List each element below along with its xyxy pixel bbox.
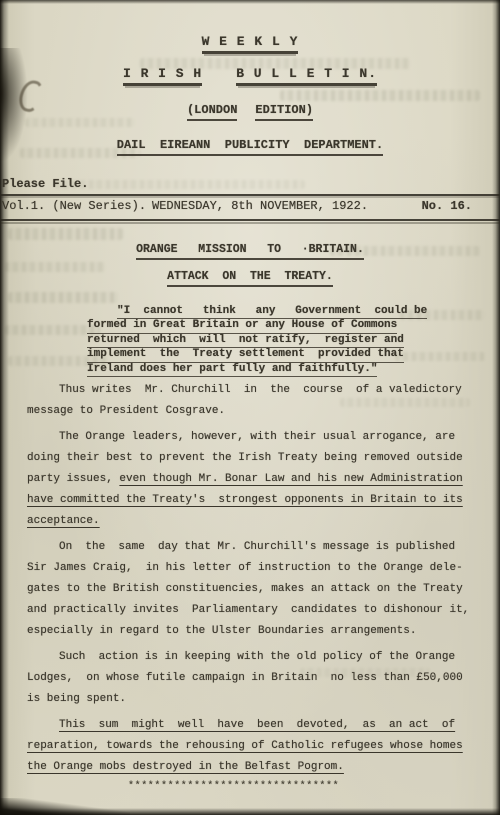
date-label: WEDNESDAY, 8th NOVEMBER, 1922.: [152, 199, 368, 213]
underlined-text: even though Mr. Bonar Law and his new Ad…: [119, 473, 462, 485]
edition-left-text: (LONDON: [187, 103, 237, 121]
bleedthrough-mark: [8, 292, 118, 303]
underlined-text: This sum might well have been devoted, a…: [59, 719, 455, 731]
paragraph: Thus writes Mr. Churchill in the course …: [27, 380, 475, 422]
body-line: The Orange leaders, however, with their …: [27, 427, 475, 448]
body-line: the Orange mobs destroyed in the Belfast…: [27, 757, 475, 778]
plain-text: especially in regard to the Ulster Bound…: [27, 625, 416, 637]
plain-text: is being spent.: [27, 693, 126, 705]
body-line: acceptance.: [27, 511, 475, 532]
body-line: gates to the British constituencies, mak…: [27, 579, 475, 600]
plain-text: gates to the British constituencies, mak…: [27, 583, 463, 595]
page-edge-top: [0, 0, 500, 4]
article-body: Thus writes Mr. Churchill in the course …: [27, 380, 475, 783]
masthead-bulletin-text: B U L L E T I N.: [236, 66, 377, 86]
headline-primary-text: ORANGE MISSION TO ·BRITAIN.: [136, 243, 364, 260]
department-text: DAIL EIREANN PUBLICITY DEPARTMENT.: [117, 138, 383, 156]
bleedthrough-mark: [5, 325, 100, 335]
bleedthrough-mark: [8, 228, 123, 240]
masthead-weekly-text: W E E K L Y: [202, 34, 299, 54]
body-line: Lodges, on whose futile campaign in Brit…: [27, 668, 475, 689]
body-line: Sir James Craig, in his letter of instru…: [27, 558, 475, 579]
body-line: and practically invites Parliamentary ca…: [27, 600, 475, 621]
quote-line: Ireland does her part fully and faithful…: [87, 363, 377, 377]
masthead-irish-text: I R I S H: [123, 66, 202, 86]
plain-text: party issues,: [27, 473, 119, 485]
headline-secondary-text: ATTACK ON THE TREATY.: [167, 270, 333, 287]
plain-text: Thus writes Mr. Churchill in the course …: [59, 384, 462, 396]
plain-text: and practically invites Parliamentary ca…: [27, 604, 469, 616]
masthead-weekly: W E E K L Y: [0, 34, 500, 49]
plain-text: The Orange leaders, however, with their …: [59, 431, 455, 443]
plain-text: Such action is in keeping with the old p…: [59, 651, 455, 663]
body-line: party issues, even though Mr. Bonar Law …: [27, 469, 475, 490]
body-line: Thus writes Mr. Churchill in the course …: [27, 380, 475, 401]
body-line: reparation, towards the rehousing of Cat…: [27, 736, 475, 757]
headline-primary: ORANGE MISSION TO ·BRITAIN.: [0, 243, 500, 256]
document-page: W E E K L Y I R I S HB U L L E T I N. (L…: [0, 0, 500, 815]
edition-line: (LONDONEDITION): [0, 103, 500, 117]
plain-text: Sir James Craig, in his letter of instru…: [27, 562, 463, 574]
body-line: doing their best to prevent the Irish Tr…: [27, 448, 475, 469]
body-line: message to President Cosgrave.: [27, 401, 475, 422]
body-line: is being spent.: [27, 689, 475, 710]
edition-right-text: EDITION): [255, 103, 313, 121]
quote-line: formed in Great Britain or any House of …: [87, 319, 397, 333]
page-edge-right: [492, 0, 500, 815]
quote-line: implement the Treaty settlement provided…: [87, 348, 404, 362]
paragraph: This sum might well have been devoted, a…: [27, 715, 475, 778]
plain-text: message to President Cosgrave.: [27, 405, 225, 417]
quote-line: "I cannot think any Government could be: [117, 305, 427, 319]
body-line: On the same day that Mr. Churchill's mes…: [27, 537, 475, 558]
masthead-title: I R I S HB U L L E T I N.: [0, 66, 500, 81]
underlined-text: reparation, towards the rehousing of Cat…: [27, 740, 463, 752]
body-line: Such action is in keeping with the old p…: [27, 647, 475, 668]
paragraph: The Orange leaders, however, with their …: [27, 427, 475, 532]
volume-line: Vol.1. (New Series). WEDNESDAY, 8th NOVE…: [0, 199, 500, 215]
bleedthrough-mark: [55, 180, 305, 189]
underlined-text: have committed the Treaty's strongest op…: [27, 494, 463, 506]
body-line: This sum might well have been devoted, a…: [27, 715, 475, 736]
horizontal-rule-top: [0, 194, 500, 196]
end-separator: ********************************: [128, 781, 339, 792]
quote-line: returned which will not ratify, register…: [87, 334, 404, 348]
page-corner-wedge: [0, 798, 130, 815]
bleedthrough-mark: [280, 90, 480, 101]
headline-secondary: ATTACK ON THE TREATY.: [0, 270, 500, 283]
paragraph: On the same day that Mr. Churchill's mes…: [27, 537, 475, 642]
quote-block: "I cannot think any Government could bef…: [87, 305, 427, 377]
body-line: have committed the Treaty's strongest op…: [27, 490, 475, 511]
department-line: DAIL EIREANN PUBLICITY DEPARTMENT.: [0, 138, 500, 152]
body-line: especially in regard to the Ulster Bound…: [27, 621, 475, 642]
plain-text: doing their best to prevent the Irish Tr…: [27, 452, 463, 464]
volume-label: Vol.1. (New Series).: [2, 199, 146, 213]
issue-label: No. 16.: [422, 199, 472, 213]
plain-text: On the same day that Mr. Churchill's mes…: [59, 541, 455, 553]
underlined-text: acceptance.: [27, 515, 100, 527]
please-file-note: Please File.: [2, 177, 88, 191]
underlined-text: the Orange mobs destroyed in the Belfast…: [27, 761, 344, 773]
horizontal-rule-bottom: [0, 219, 500, 221]
plain-text: Lodges, on whose futile campaign in Brit…: [27, 672, 463, 684]
bleedthrough-mark: [25, 118, 135, 127]
paragraph: Such action is in keeping with the old p…: [27, 647, 475, 710]
